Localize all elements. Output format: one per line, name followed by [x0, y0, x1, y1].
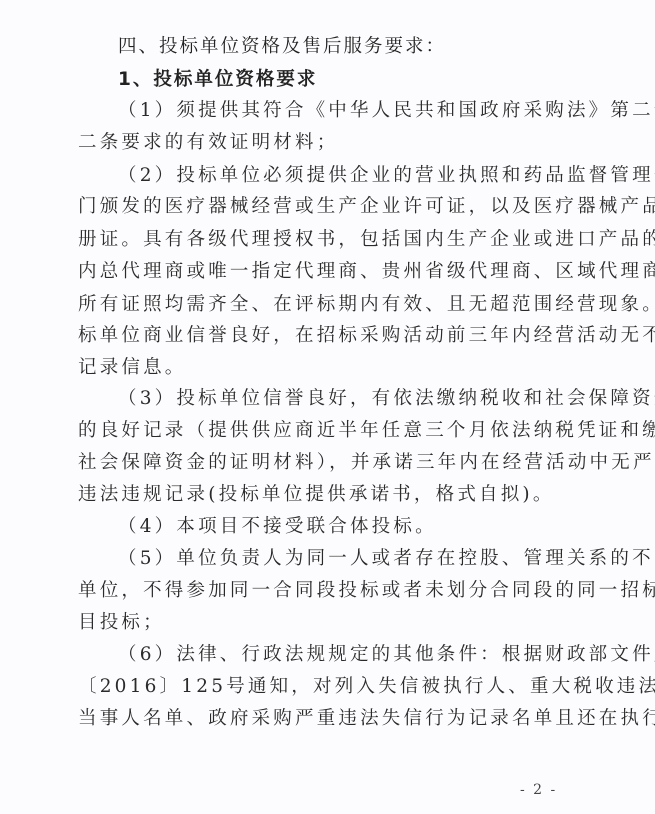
- subsection-title: 1、投标单位资格要求: [118, 68, 560, 92]
- paragraph-line: 册证。具有各级代理授权书，包括国内生产企业或进口产品的国: [78, 228, 560, 252]
- paragraph-line: 标单位商业信誉良好，在招标采购活动前三年内经营活动无不良: [78, 324, 560, 348]
- paragraph-line: 当事人名单、政府采购严重违法失信行为记录名单且还在执行期: [78, 707, 560, 731]
- section-title: 四、投标单位资格及售后服务要求：: [118, 35, 560, 59]
- paragraph-line: （6）法律、行政法规规定的其他条件：根据财政部文件财库: [118, 643, 560, 667]
- paragraph-line: （2）投标单位必须提供企业的营业执照和药品监督管理部: [118, 164, 560, 188]
- paragraph-line: 违法违规记录(投标单位提供承诺书，格式自拟)。: [78, 483, 560, 507]
- paragraph-line: 记录信息。: [78, 356, 560, 380]
- paragraph-line: （4）本项目不接受联合体投标。: [118, 515, 560, 539]
- paragraph-line: 目投标；: [78, 611, 560, 635]
- paragraph-line: 内总代理商或唯一指定代理商、贵州省级代理商、区域代理商。: [78, 260, 560, 284]
- paragraph-line: 的良好记录（提供供应商近半年任意三个月依法纳税凭证和缴纳: [78, 419, 560, 443]
- paragraph-line: 单位，不得参加同一合同段投标或者未划分合同段的同一招标项: [78, 579, 560, 603]
- paragraph-line: 二条要求的有效证明材料；: [78, 131, 560, 155]
- paragraph-line: （5）单位负责人为同一人或者存在控股、管理关系的不同: [118, 547, 560, 571]
- paragraph-line: （1）须提供其符合《中华人民共和国政府采购法》第二十: [118, 99, 560, 123]
- document-page: 四、投标单位资格及售后服务要求： 1、投标单位资格要求 （1）须提供其符合《中华…: [0, 0, 655, 814]
- paragraph-line: 社会保障资金的证明材料），并承诺三年内在经营活动中无严重: [78, 451, 560, 475]
- paragraph-line: 门颁发的医疗器械经营或生产企业许可证，以及医疗器械产品注: [78, 195, 560, 219]
- paragraph-line: 所有证照均需齐全、在评标期内有效、且无超范围经营现象。投: [78, 293, 560, 317]
- paragraph-line: （3）投标单位信誉良好，有依法缴纳税收和社会保障资金: [118, 387, 560, 411]
- paragraph-line: 〔2016〕125号通知，对列入失信被执行人、重大税收违法案件: [78, 675, 560, 699]
- page-number: - 2 -: [520, 782, 557, 798]
